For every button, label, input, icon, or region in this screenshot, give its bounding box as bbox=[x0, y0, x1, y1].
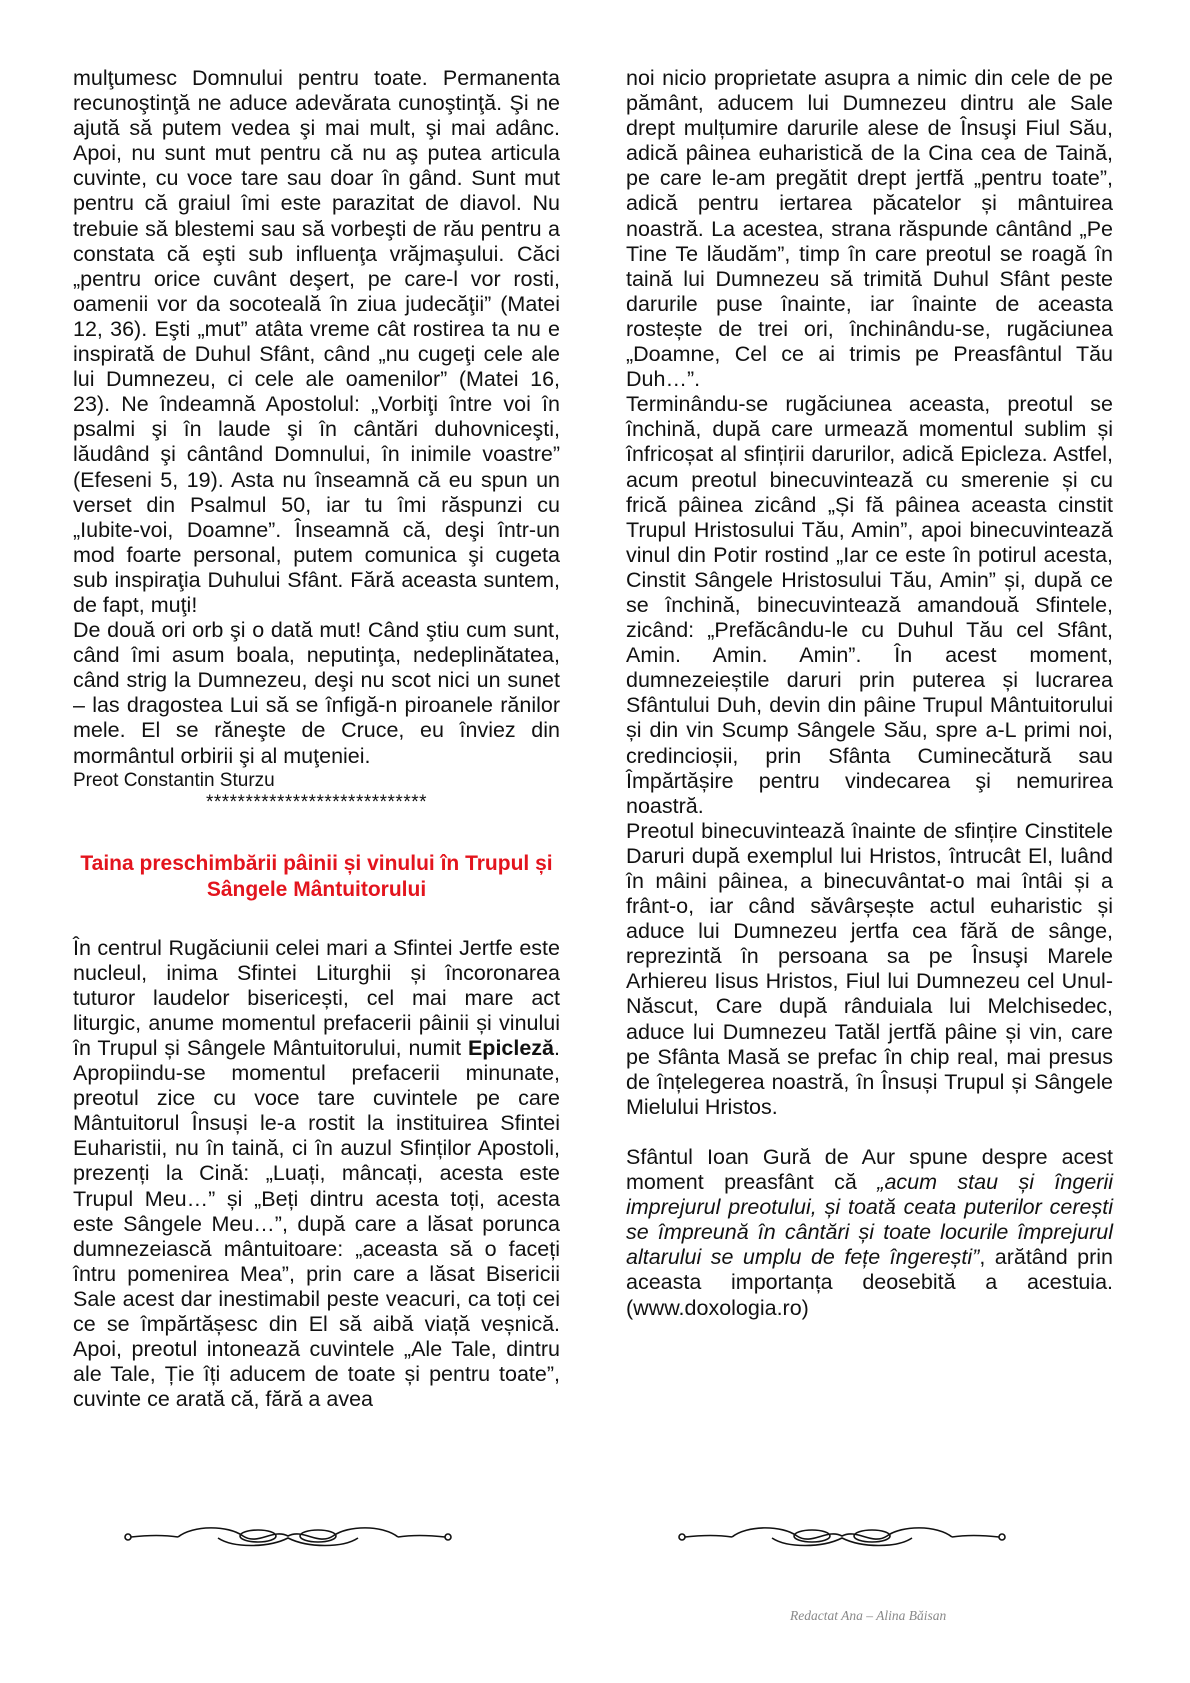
flourish-ornament-icon bbox=[672, 1522, 1012, 1552]
paragraph: De două ori orb şi o dată mut! Când ştiu… bbox=[73, 618, 560, 769]
right-column: noi nicio proprietate asupra a nimic din… bbox=[626, 66, 1113, 1321]
paragraph: Sfântul Ioan Gură de Aur spune despre ac… bbox=[626, 1145, 1113, 1321]
spacer bbox=[626, 1120, 1113, 1145]
left-column: mulţumesc Domnului pentru toate. Permane… bbox=[73, 66, 560, 1412]
article-title: Taina preschimbării pâinii și vinului în… bbox=[73, 851, 560, 903]
paragraph: Terminându-se rugăciunea aceasta, preotu… bbox=[626, 392, 1113, 819]
paragraph: În centrul Rugăciunii celei mari a Sfint… bbox=[73, 936, 560, 1413]
paragraph: Preotul binecuvintează înainte de sfinți… bbox=[626, 819, 1113, 1120]
author-signature: Preot Constantin Sturzu bbox=[73, 769, 560, 793]
paragraph: noi nicio proprietate asupra a nimic din… bbox=[626, 66, 1113, 392]
footer-credit: Redactat Ana – Alina Băisan bbox=[790, 1608, 946, 1624]
text-run: . Apropiindu-se momentul prefacerii minu… bbox=[73, 1036, 560, 1411]
section-separator: **************************** bbox=[73, 793, 560, 813]
bold-term: Epicleză bbox=[468, 1036, 554, 1060]
flourish-ornament-icon bbox=[118, 1522, 458, 1552]
paragraph: mulţumesc Domnului pentru toate. Permane… bbox=[73, 66, 560, 618]
